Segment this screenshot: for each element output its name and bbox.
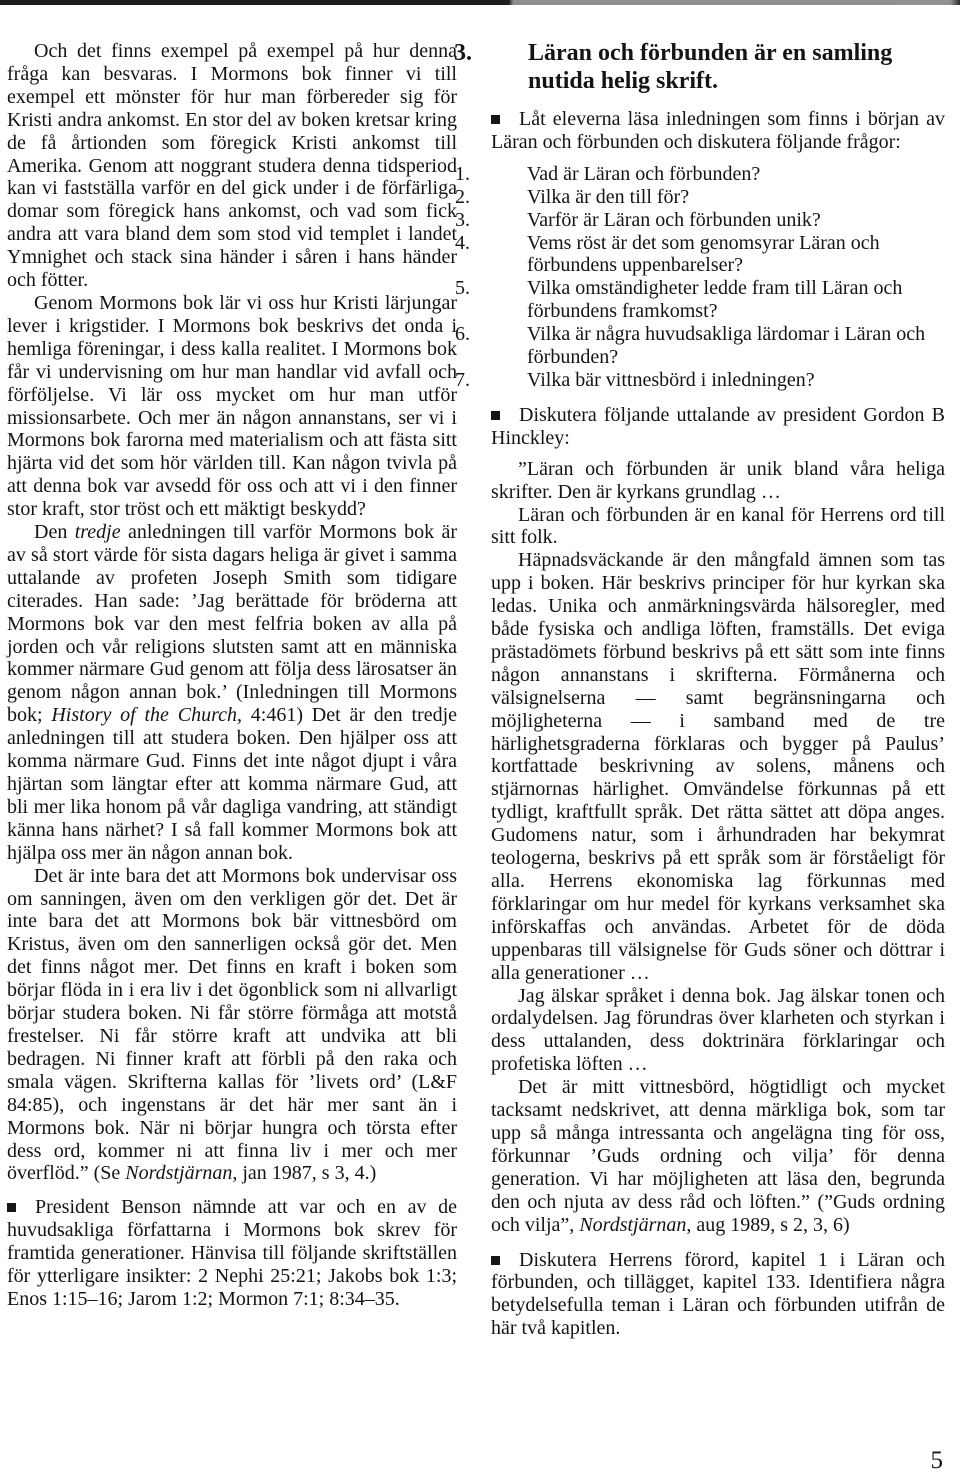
bullet-square-icon <box>7 1203 16 1212</box>
quote-text: , aug 1989, s 2, 3, 6) <box>686 1214 849 1236</box>
left-column: Och det finns exempel på exempel på hur … <box>7 40 457 1311</box>
question-list: 1.Vad är Läran och förbunden? 2.Vilka är… <box>491 163 945 392</box>
bullet-square-icon <box>491 115 500 124</box>
bullet-text: Diskutera följande uttalande av presiden… <box>491 404 945 449</box>
question-item: 7.Vilka bär vittnesbörd i inledningen? <box>491 369 945 392</box>
paragraph-text: , 4:461) Det är den tredje anledningen t… <box>7 704 457 863</box>
right-column: 3.Läran och förbunden är en samling nuti… <box>491 40 945 1340</box>
paragraph: Den tredje anledningen till varför Mormo… <box>7 521 457 865</box>
bullet-square-icon <box>491 411 500 420</box>
question-text: Vilka omständigheter ledde fram till Lär… <box>527 277 902 322</box>
question-number: 3. <box>491 209 527 232</box>
paragraph: Genom Mormons bok lär vi oss hur Kristi … <box>7 292 457 521</box>
section-heading: 3.Läran och förbunden är en samling nuti… <box>491 40 945 95</box>
bullet-item: President Benson nämnde att var och en a… <box>7 1196 457 1311</box>
bullet-text: Diskutera Herrens förord, kapitel 1 i Lä… <box>491 1249 945 1340</box>
bullet-item: Låt eleverna läsa inledningen som finns … <box>491 108 945 154</box>
question-number: 5. <box>491 277 527 300</box>
question-item: 1.Vad är Läran och förbunden? <box>491 163 945 186</box>
question-number: 1. <box>491 163 527 186</box>
quote-paragraph: Jag älskar språket i denna bok. Jag älsk… <box>491 985 945 1077</box>
question-number: 7. <box>491 369 527 392</box>
question-text: Varför är Läran och förbunden unik? <box>527 209 821 231</box>
question-number: 2. <box>491 186 527 209</box>
top-rule <box>0 0 960 5</box>
question-item: 4.Vems röst är det som genomsyrar Läran … <box>491 232 945 278</box>
quote-paragraph: Läran och förbunden är en kanal för Herr… <box>491 504 945 550</box>
question-item: 2.Vilka är den till för? <box>491 186 945 209</box>
question-text: Vilka är några huvudsakliga lärdomar i L… <box>527 323 925 368</box>
bullet-text: President Benson nämnde att var och en a… <box>7 1196 457 1310</box>
quote-paragraph: Häpnadsväckande är den mångfald ämnen so… <box>491 549 945 984</box>
bullet-item: Diskutera följande uttalande av presiden… <box>491 404 945 450</box>
paragraph-text: anledningen till varför Mormons bok är a… <box>7 521 457 726</box>
section-number: 3. <box>491 40 528 68</box>
question-item: 3.Varför är Läran och förbunden unik? <box>491 209 945 232</box>
bullet-text: Låt eleverna läsa inledningen som finns … <box>491 108 945 153</box>
question-number: 4. <box>491 232 527 255</box>
quote-block: ”Läran och förbunden är unik bland våra … <box>491 458 945 1237</box>
quote-paragraph: Det är mitt vittnesbörd, högtidligt och … <box>491 1076 945 1236</box>
paragraph: Och det finns exempel på exempel på hur … <box>7 40 457 292</box>
quote-text: Det är mitt vittnesbörd, högtidligt och … <box>491 1076 945 1235</box>
paragraph-text: Det är inte bara det att Mormons bok und… <box>7 865 457 1185</box>
quote-paragraph: ”Läran och förbunden är unik bland våra … <box>491 458 945 504</box>
italic-text: History of the Church <box>51 704 237 726</box>
question-item: 5.Vilka omständigheter ledde fram till L… <box>491 277 945 323</box>
question-number: 6. <box>491 323 527 346</box>
bullet-item: Diskutera Herrens förord, kapitel 1 i Lä… <box>491 1249 945 1341</box>
italic-text: Nordstjärnan <box>579 1214 686 1236</box>
question-item: 6.Vilka är några huvudsakliga lärdomar i… <box>491 323 945 369</box>
question-text: Vad är Läran och förbunden? <box>527 163 760 185</box>
question-text: Vems röst är det som genomsyrar Läran oc… <box>527 232 880 277</box>
paragraph-text: , jan 1987, s 3, 4.) <box>232 1162 376 1184</box>
paragraph: Det är inte bara det att Mormons bok und… <box>7 865 457 1186</box>
page-number: 5 <box>931 1448 944 1473</box>
section-title: Läran och förbunden är en samling nutida… <box>528 40 892 94</box>
page: { "page_number": "5", "left": { "p1": "O… <box>0 0 960 1476</box>
paragraph-text: Den <box>34 521 75 543</box>
question-text: Vilka bär vittnesbörd i inledningen? <box>527 369 815 391</box>
italic-text: Nordstjärnan <box>125 1162 232 1184</box>
question-text: Vilka är den till för? <box>527 186 689 208</box>
bullet-square-icon <box>491 1256 500 1265</box>
italic-text: tredje <box>75 521 121 543</box>
